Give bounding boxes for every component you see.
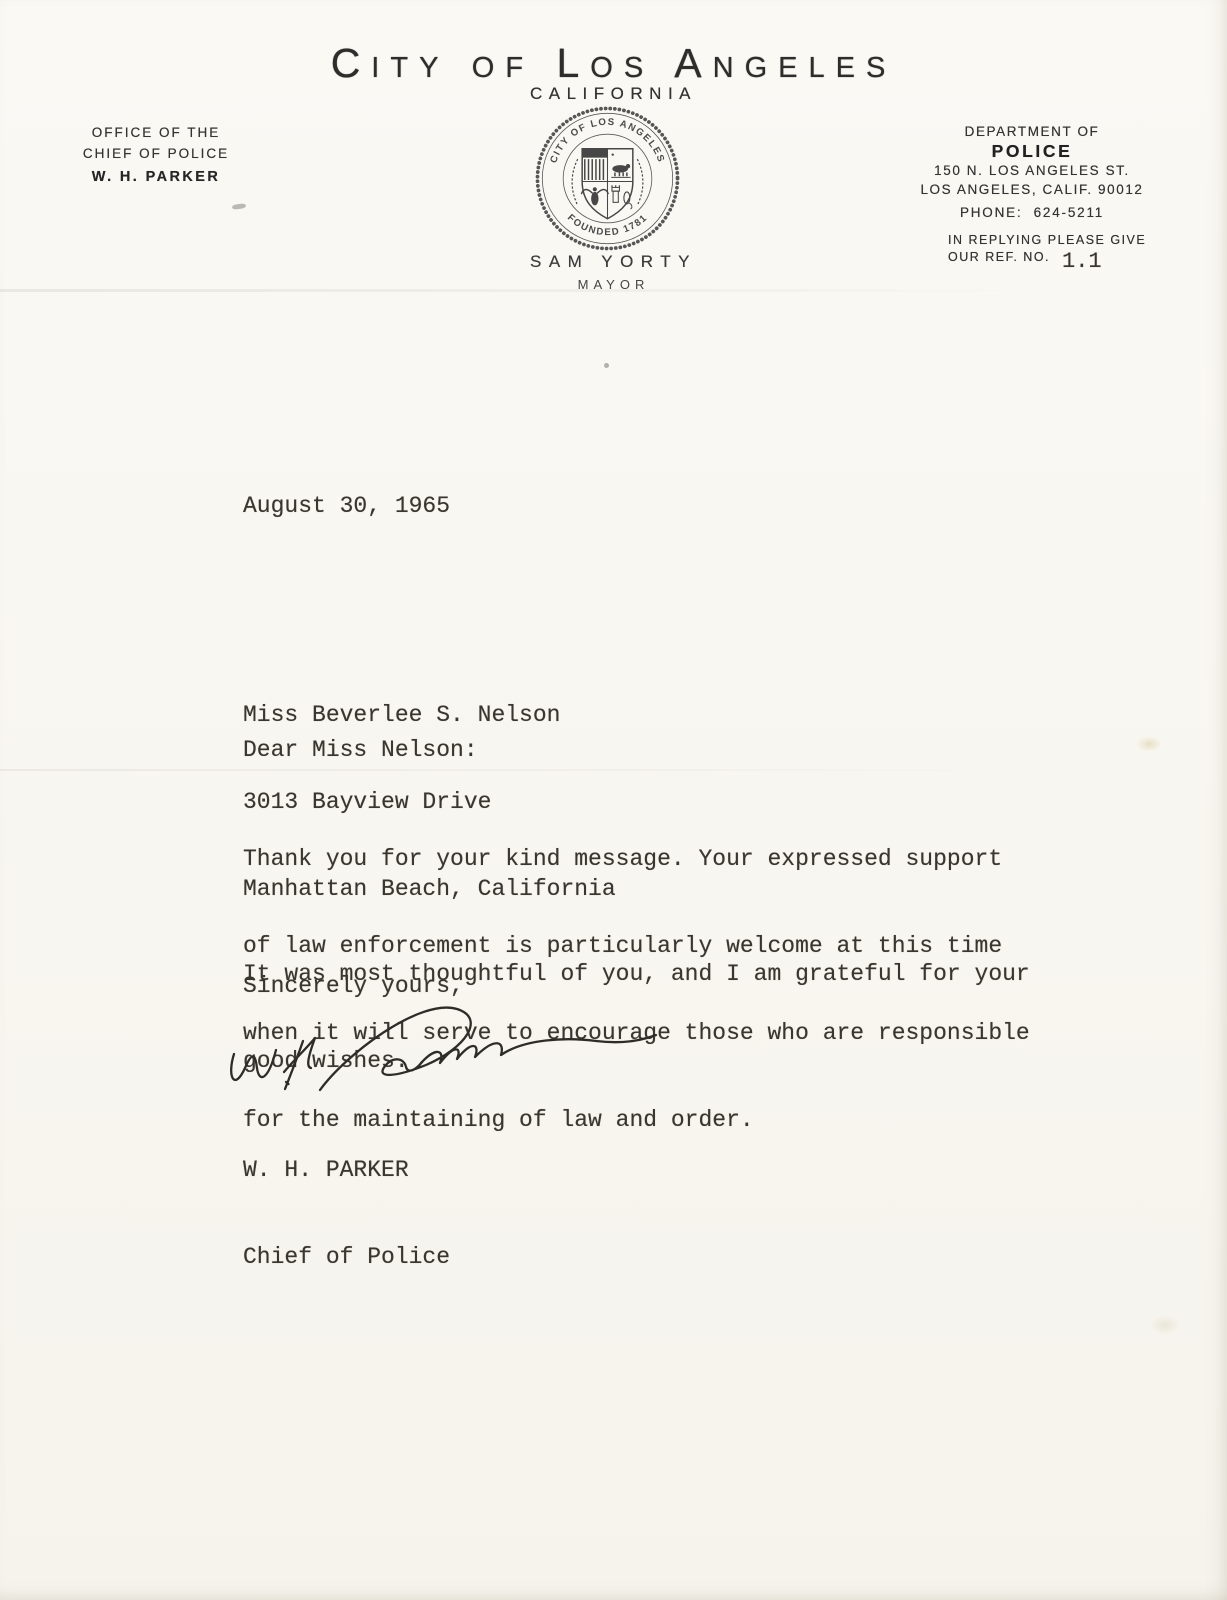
mayor-name: SAM YORTY	[0, 252, 1227, 272]
office-line: CHIEF OF POLICE	[36, 143, 276, 164]
office-line: OFFICE OF THE	[36, 122, 276, 143]
department-phone: PHONE: 624-5211	[902, 203, 1162, 222]
chief-name: W. H. PARKER	[36, 167, 276, 188]
department-street: 150 N. LOS ANGELES ST.	[902, 161, 1162, 180]
mayor-title: MAYOR	[0, 277, 1227, 292]
letter-date: August 30, 1965	[243, 492, 450, 521]
phone-number: 624-5211	[1034, 205, 1104, 220]
phone-label: PHONE:	[960, 205, 1023, 220]
letterhead-state: CALIFORNIA	[0, 84, 1227, 104]
signature-script-icon	[224, 996, 664, 1108]
body-line: Thank you for your kind message. Your ex…	[243, 845, 1030, 874]
seal-shield	[572, 149, 643, 219]
stray-dot	[604, 363, 609, 368]
signature	[224, 996, 664, 1108]
city-seal: CITY OF LOS ANGELES FOUNDED 1781	[533, 104, 682, 253]
salutation: Dear Miss Nelson:	[243, 736, 478, 765]
department-block: DEPARTMENT OF POLICE 150 N. LOS ANGELES …	[902, 122, 1162, 222]
recipient-name: Miss Beverlee S. Nelson	[243, 701, 616, 730]
department-line: DEPARTMENT OF	[902, 122, 1162, 141]
paper-stain	[1150, 1315, 1180, 1335]
signer-name: W. H. PARKER	[243, 1156, 450, 1185]
letter-page: City of Los Angeles CALIFORNIA OFFICE OF…	[0, 0, 1227, 1600]
department-name: POLICE	[902, 141, 1162, 161]
letterhead-city-title: City of Los Angeles	[0, 40, 1227, 87]
department-city: LOS ANGELES, CALIF. 90012	[902, 180, 1162, 199]
stray-mark	[232, 203, 247, 210]
signature-block: W. H. PARKER Chief of Police	[243, 1098, 450, 1330]
signer-title: Chief of Police	[243, 1243, 450, 1272]
paper-stain	[1136, 736, 1162, 752]
city-seal-icon: CITY OF LOS ANGELES FOUNDED 1781	[533, 104, 682, 253]
office-of-chief-block: OFFICE OF THE CHIEF OF POLICE W. H. PARK…	[36, 122, 276, 188]
